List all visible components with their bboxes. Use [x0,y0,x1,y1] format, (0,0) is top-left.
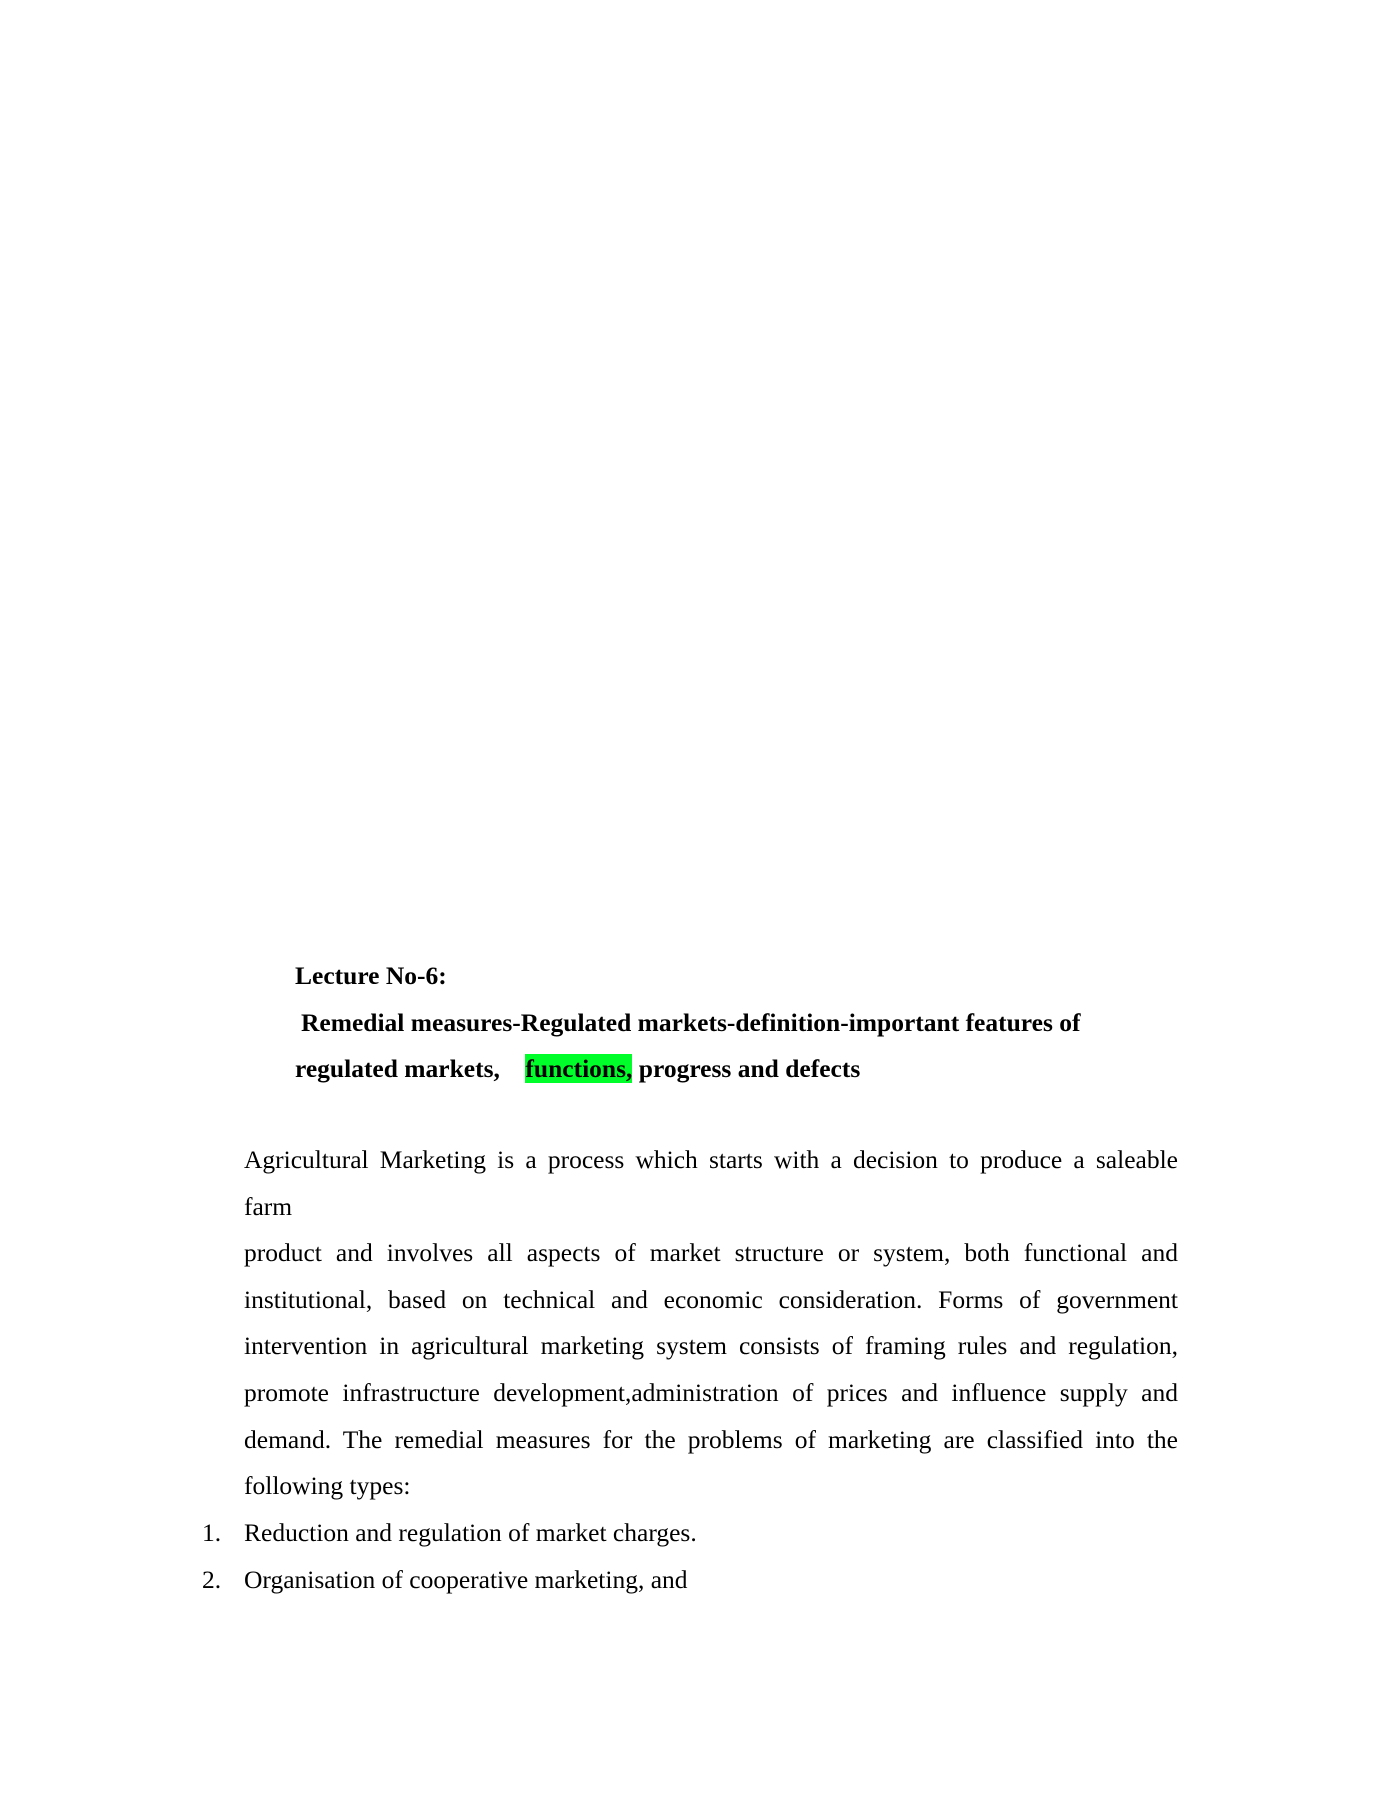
paragraph-line: intervention in agricultural marketing s… [244,1323,1178,1370]
paragraph-line: Agricultural Marketing is a process whic… [244,1137,1178,1184]
list-item-number: 2. [202,1557,221,1604]
highlighted-text-functions: functions, [525,1054,632,1083]
list-item: 2. Organisation of cooperative marketing… [200,1557,1180,1604]
paragraph-line: following types: [244,1463,1178,1510]
document-page: Lecture No-6: Remedial measures-Regulate… [0,0,1389,1797]
lecture-heading: Lecture No-6: Remedial measures-Regulate… [295,953,1175,1093]
subtitle-text-before-highlight: regulated markets, [295,1054,525,1083]
subtitle-text-after-highlight: progress and defects [632,1054,860,1083]
list-item-text: Reduction and regulation of market charg… [244,1518,697,1547]
lecture-subtitle-line-1: Remedial measures-Regulated markets-defi… [295,1000,1175,1047]
paragraph-line: institutional, based on technical and ec… [244,1277,1178,1324]
list-item-text: Organisation of cooperative marketing, a… [244,1565,688,1594]
lecture-subtitle-line-2: regulated markets, functions, progress a… [295,1046,1175,1093]
paragraph-line: product and involves all aspects of mark… [244,1230,1178,1277]
list-item: 1. Reduction and regulation of market ch… [200,1510,1180,1557]
remedial-measures-list: 1. Reduction and regulation of market ch… [200,1510,1180,1603]
intro-paragraph: Agricultural Marketing is a process whic… [244,1137,1178,1510]
paragraph-line: promote infrastructure development,admin… [244,1370,1178,1417]
list-item-number: 1. [202,1510,221,1557]
lecture-number-title: Lecture No-6: [295,953,1175,1000]
paragraph-line: demand. The remedial measures for the pr… [244,1417,1178,1464]
paragraph-line: farm [244,1184,1178,1231]
